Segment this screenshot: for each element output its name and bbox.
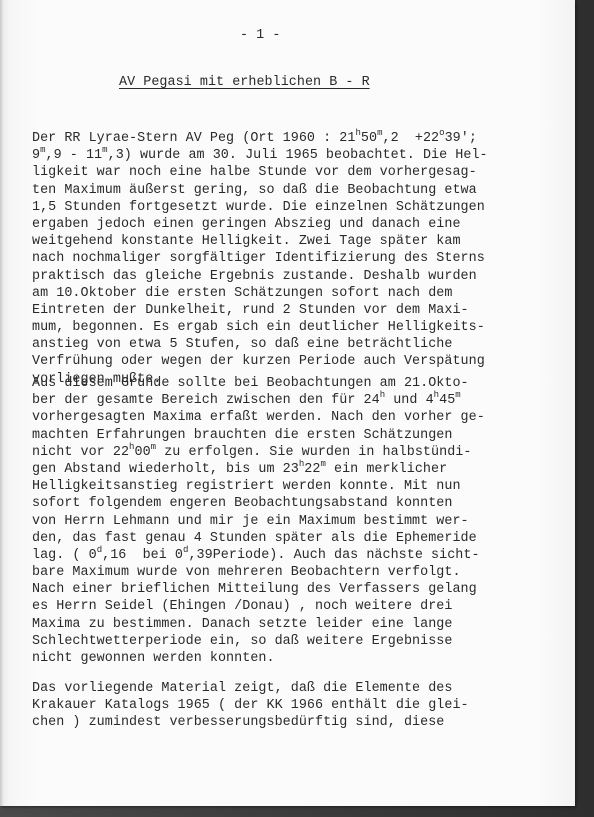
text-line: Der RR Lyrae-Stern AV Peg (Ort 1960 : 21… bbox=[32, 130, 572, 147]
text-line: bare Maximum wurde von mehreren Beobacht… bbox=[32, 564, 572, 581]
text-line: Schlechtwetterperiode ein, so daß weiter… bbox=[32, 633, 572, 650]
paragraph-3: Das vorliegende Material zeigt, daß die … bbox=[32, 680, 572, 732]
text-line: am 10.Oktober die ersten Schätzungen sof… bbox=[32, 285, 572, 302]
text-line: gen Abstand wiederholt, bis um 23h22m ei… bbox=[32, 461, 572, 478]
text-line: Aus diesem Grunde sollte bei Beobachtung… bbox=[32, 375, 572, 392]
text-line: 9m,9 - 11m,3) wurde am 30. Juli 1965 beo… bbox=[32, 147, 572, 164]
text-line: Eintreten der Dunkelheit, rund 2 Stunden… bbox=[32, 302, 572, 319]
text-line: weitgehend konstante Helligkeit. Zwei Ta… bbox=[32, 233, 572, 250]
text-line: von Herrn Lehmann und mir je ein Maximum… bbox=[32, 513, 572, 530]
text-line: Krakauer Katalogs 1965 ( der KK 1966 ent… bbox=[32, 697, 572, 714]
text-line: chen ) zumindest verbesserungsbedürftig … bbox=[32, 714, 572, 731]
page-number: - 1 - bbox=[240, 28, 280, 43]
paragraph-1: Der RR Lyrae-Stern AV Peg (Ort 1960 : 21… bbox=[32, 130, 572, 388]
text-line: praktisch das gleiche Ergebnis zustande.… bbox=[32, 268, 572, 285]
text-line: nicht gewonnen werden konnten. bbox=[32, 650, 572, 667]
text-line: es Herrn Seidel (Ehingen /Donau) , noch … bbox=[32, 598, 572, 615]
text-line: ligkeit war noch eine halbe Stunde vor d… bbox=[32, 164, 572, 181]
text-line: ber der gesamte Bereich zwischen den für… bbox=[32, 392, 572, 409]
text-line: machten Erfahrungen brauchten die ersten… bbox=[32, 427, 572, 444]
text-line: 1,5 Stunden fortgesetzt wurde. Die einze… bbox=[32, 199, 572, 216]
text-line: anstieg von etwa 5 Stufen, so daß eine b… bbox=[32, 336, 572, 353]
text-line: mum, begonnen. Es ergab sich ein deutlic… bbox=[32, 319, 572, 336]
text-line: sofort folgendem engeren Beobachtungsabs… bbox=[32, 495, 572, 512]
document-page: - 1 - AV Pegasi mit erheblichen B - R De… bbox=[0, 0, 575, 806]
text-line: Nach einer brieflichen Mitteilung des Ve… bbox=[32, 581, 572, 598]
text-line: lag. ( 0d,16 bei 0d,39Periode). Auch das… bbox=[32, 547, 572, 564]
text-line: nach nochmaliger sorgfältiger Identifizi… bbox=[32, 250, 572, 267]
document-title: AV Pegasi mit erheblichen B - R bbox=[119, 75, 370, 90]
text-line: Maxima zu bestimmen. Danach setzte leide… bbox=[32, 616, 572, 633]
text-line: ten Maximum äußerst gering, so daß die B… bbox=[32, 182, 572, 199]
text-line: Das vorliegende Material zeigt, daß die … bbox=[32, 680, 572, 697]
text-line: Helligkeitsanstieg registriert werden ko… bbox=[32, 478, 572, 495]
text-line: Verfrühung oder wegen der kurzen Periode… bbox=[32, 353, 572, 370]
text-line: ergaben jedoch einen geringen Abszieg un… bbox=[32, 216, 572, 233]
paragraph-2: Aus diesem Grunde sollte bei Beobachtung… bbox=[32, 375, 572, 667]
text-line: den, das fast genau 4 Stunden später als… bbox=[32, 530, 572, 547]
text-line: vorhergesagten Maxima erfaßt werden. Nac… bbox=[32, 409, 572, 426]
